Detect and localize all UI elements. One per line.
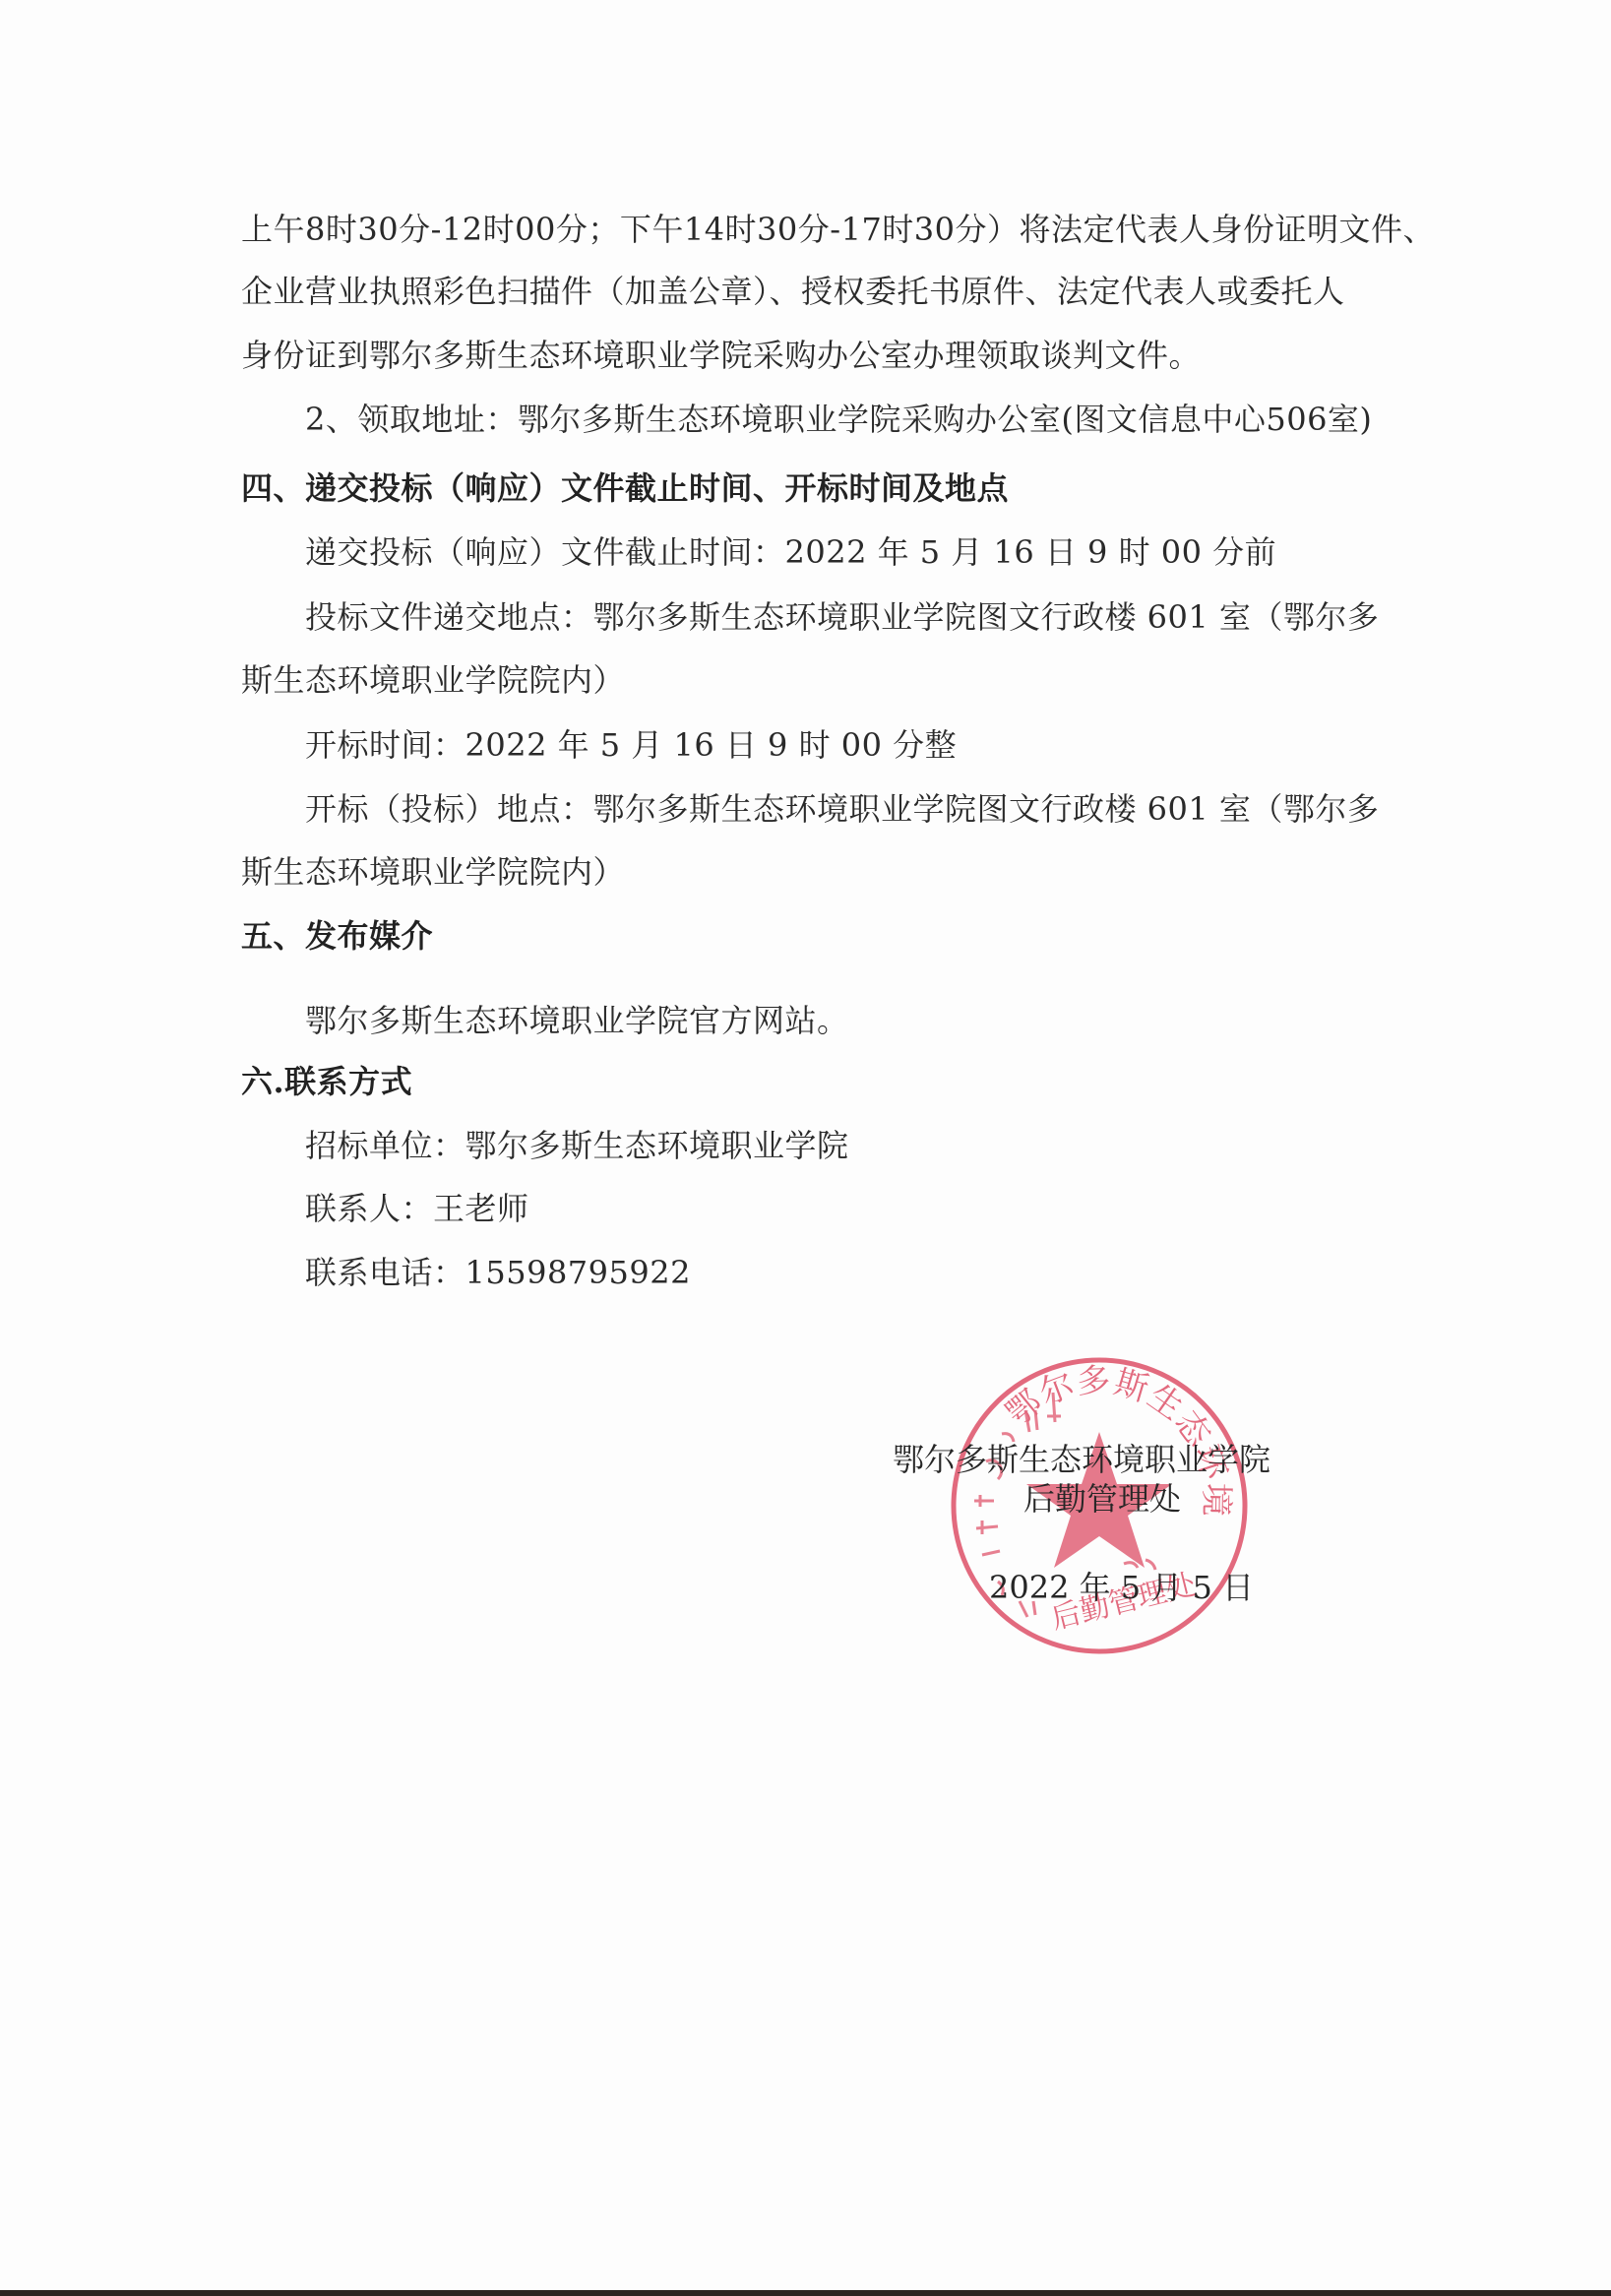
signature-organization: 鄂尔多斯生态环境职业学院 — [893, 1440, 1270, 1479]
document-page: 上午8时30分-12时00分；下午14时30分-17时30分）将法定代表人身份证… — [0, 0, 1611, 2290]
section-5-heading: 五、发布媒介 — [241, 916, 433, 956]
signature-department: 后勤管理处 — [1023, 1479, 1181, 1519]
publication-media-line: 鄂尔多斯生态环境职业学院官方网站。 — [305, 1001, 849, 1040]
opening-location-line-cont: 斯生态环境职业学院院内） — [241, 852, 625, 892]
submission-location-line: 投标文件递交地点：鄂尔多斯生态环境职业学院图文行政楼 601 室（鄂尔多 — [305, 597, 1379, 637]
body-line-2: 企业营业执照彩色扫描件（加盖公章）、授权委托书原件、法定代表人或委托人 — [241, 272, 1345, 311]
contact-person-line: 联系人：王老师 — [305, 1189, 529, 1228]
tender-unit-line: 招标单位：鄂尔多斯生态环境职业学院 — [305, 1126, 849, 1165]
body-line-1: 上午8时30分-12时00分；下午14时30分-17时30分）将法定代表人身份证… — [241, 210, 1435, 249]
signature-date: 2022 年 5 月 5 日 — [989, 1568, 1254, 1607]
contact-phone-line: 联系电话：15598795922 — [305, 1253, 691, 1292]
section-6-heading: 六.联系方式 — [241, 1062, 412, 1101]
submission-deadline-line: 递交投标（响应）文件截止时间：2022 年 5 月 16 日 9 时 00 分前 — [305, 532, 1276, 572]
scan-bottom-edge — [0, 2290, 1611, 2296]
pickup-address-line: 2、领取地址：鄂尔多斯生态环境职业学院采购办公室(图文信息中心506室) — [305, 400, 1372, 439]
opening-location-line: 开标（投标）地点：鄂尔多斯生态环境职业学院图文行政楼 601 室（鄂尔多 — [305, 789, 1379, 829]
body-line-3: 身份证到鄂尔多斯生态环境职业学院采购办公室办理领取谈判文件。 — [241, 336, 1201, 375]
opening-time-line: 开标时间：2022 年 5 月 16 日 9 时 00 分整 — [305, 725, 957, 765]
submission-location-line-cont: 斯生态环境职业学院院内） — [241, 660, 625, 700]
section-4-heading: 四、递交投标（响应）文件截止时间、开标时间及地点 — [241, 468, 1009, 508]
